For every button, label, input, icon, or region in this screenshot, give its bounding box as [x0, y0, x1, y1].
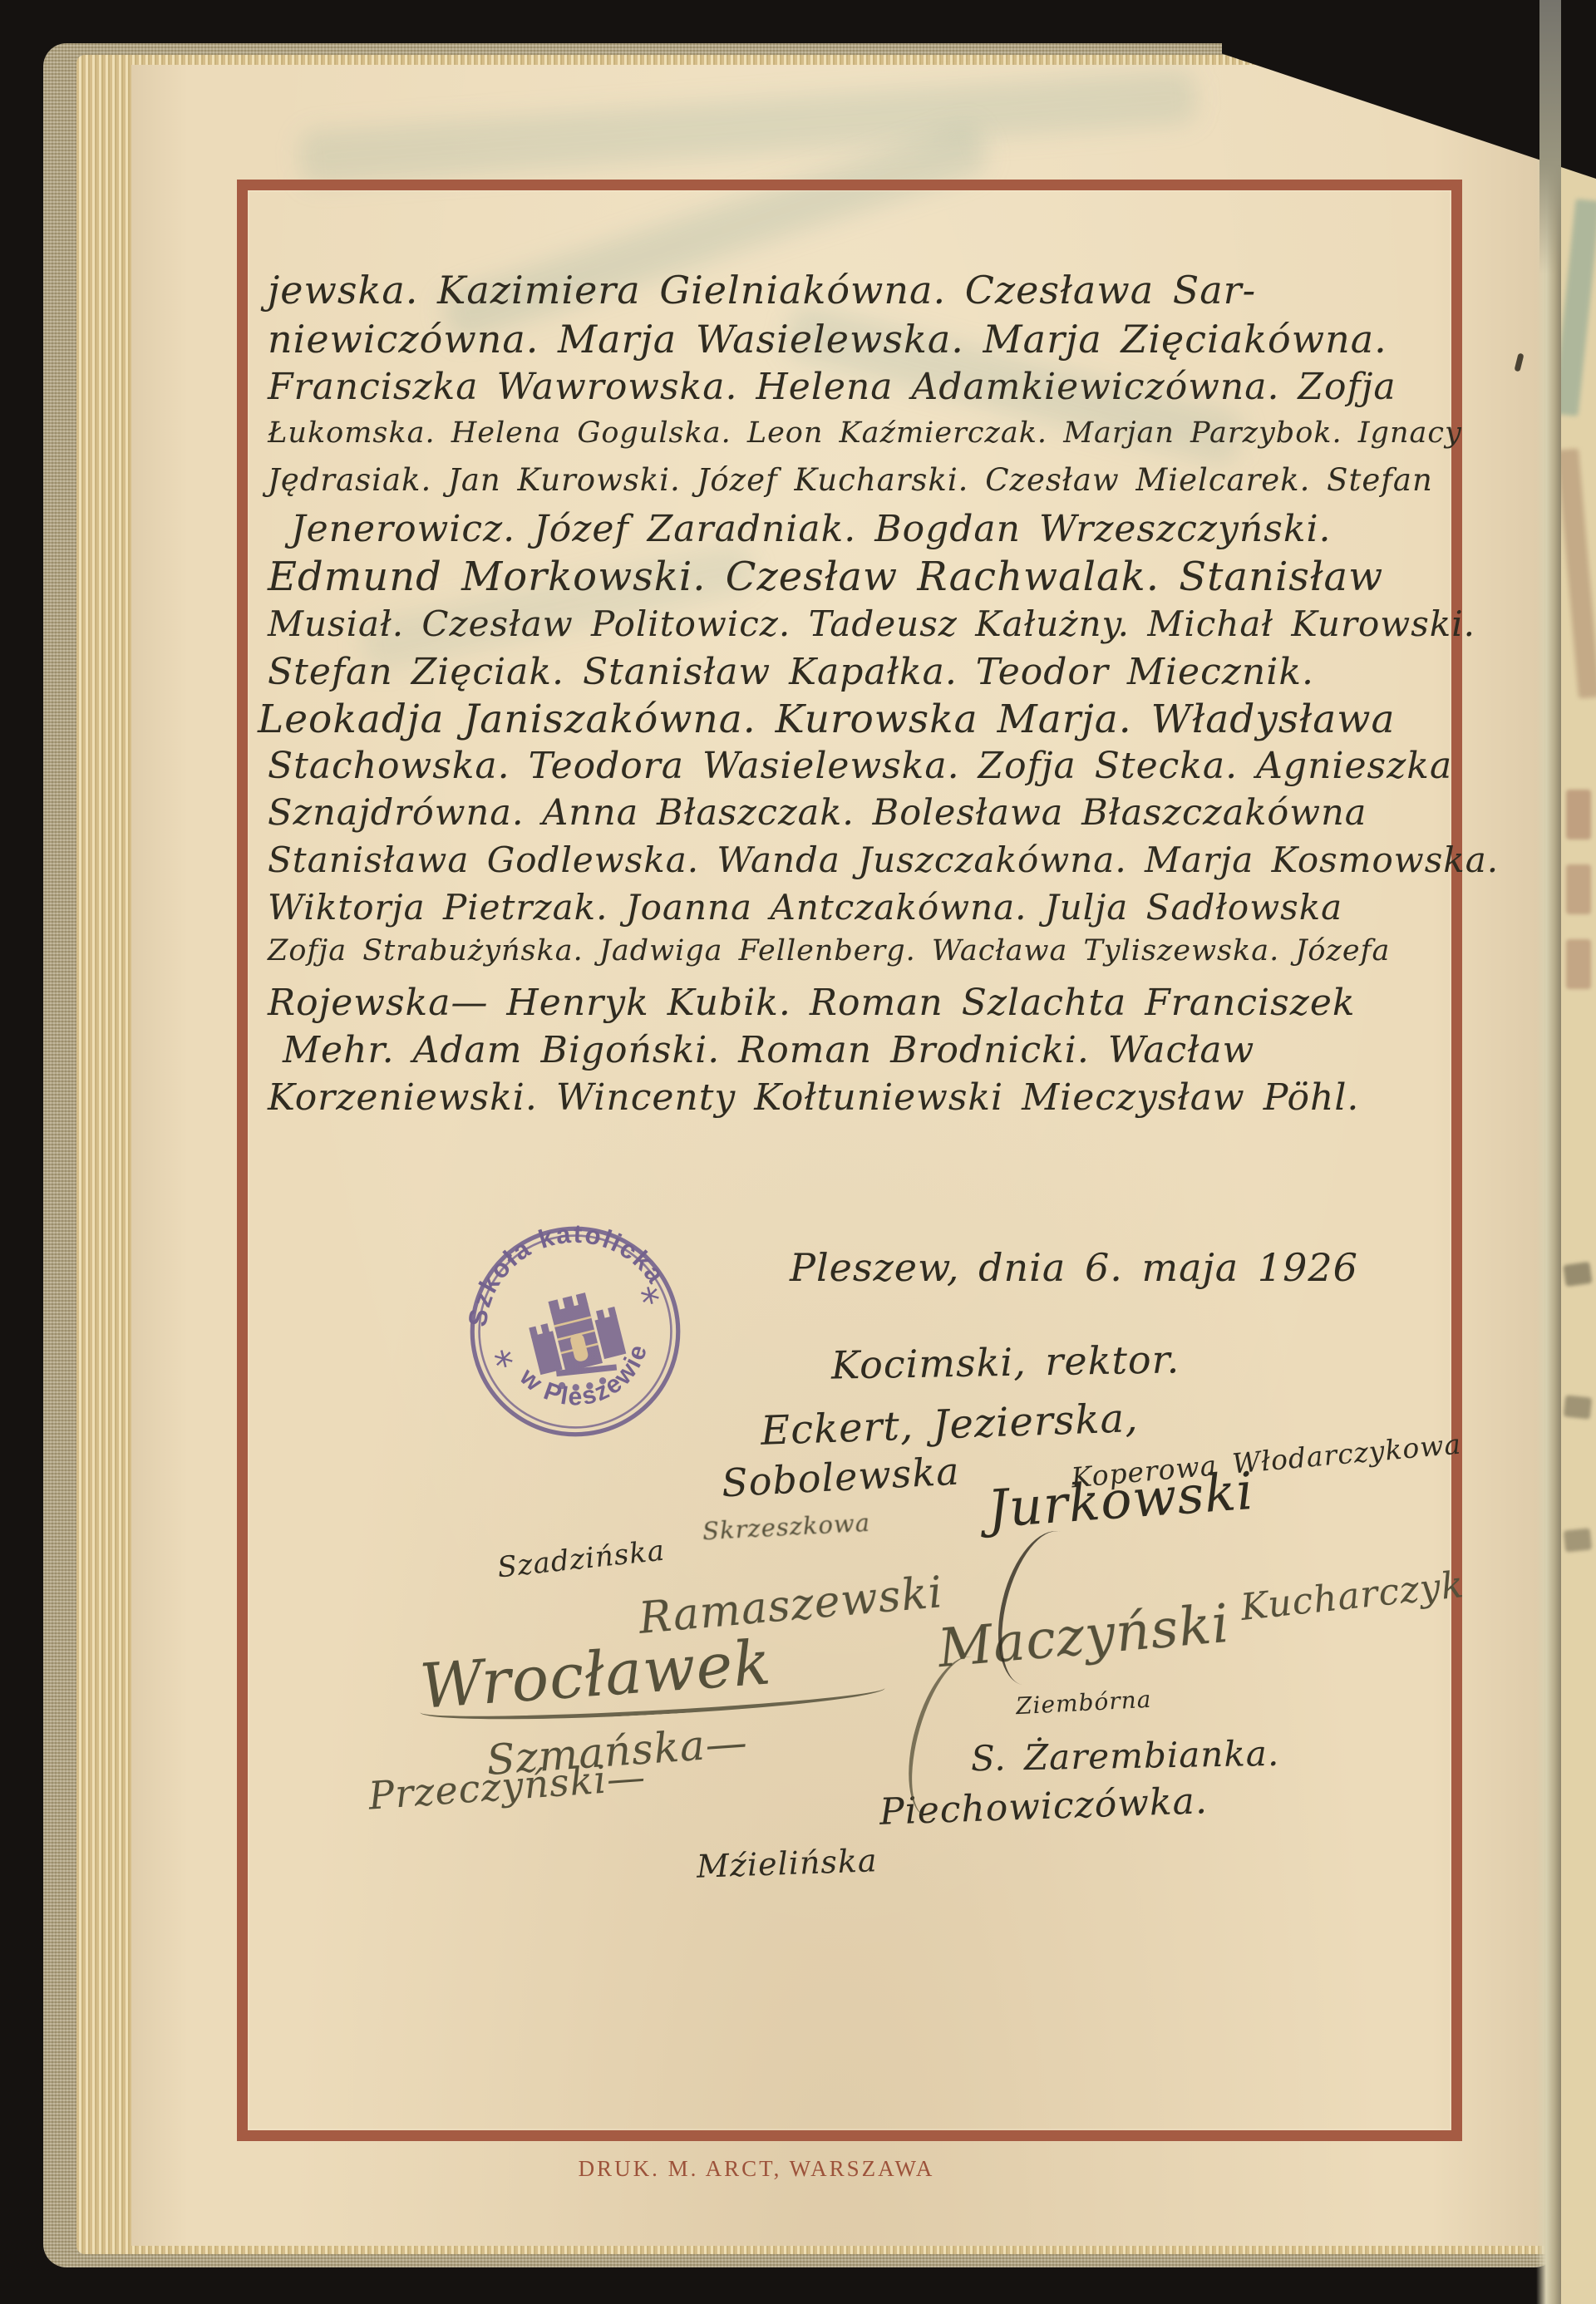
adjacent-print-block: [1566, 939, 1591, 989]
handwritten-line: Łukomska. Helena Gogulska. Leon Kaźmierc…: [268, 416, 1462, 450]
adjacent-print-block: [1566, 790, 1591, 839]
stamp-star-right-icon: *: [637, 1278, 666, 1326]
adjacent-page-sliver: [1559, 100, 1596, 2304]
handwritten-line: jewska. Kazimiera Gielniakówna. Czesława…: [268, 268, 1256, 313]
adjacent-handwriting-mark: [1564, 1395, 1593, 1419]
handwritten-line: Musiał. Czesław Politowicz. Tadeusz Kału…: [268, 603, 1475, 644]
adjacent-print-swirl: [1559, 448, 1596, 698]
handwritten-line: Jędrasiak. Jan Kurowski. Józef Kucharski…: [268, 462, 1433, 498]
signature: S. Żarembianka.: [971, 1733, 1280, 1779]
adjacent-handwriting-mark: [1563, 1262, 1592, 1287]
handwritten-line: Stanisława Godlewska. Wanda Juszczakówna…: [268, 839, 1499, 880]
adjacent-print-swirl: [1559, 199, 1596, 416]
handwritten-line: Franciszka Wawrowska. Helena Adamkiewicz…: [268, 366, 1396, 408]
handwritten-line: Sznajdrówna. Anna Błaszczak. Bolesława B…: [268, 792, 1367, 834]
dateline: Pleszew, dnia 6. maja 1926: [790, 1245, 1358, 1290]
handwritten-line: Stefan Zięciak. Stanisław Kapałka. Teodo…: [268, 651, 1314, 693]
handwritten-line: Rojewska— Henryk Kubik. Roman Szlachta F…: [268, 982, 1356, 1024]
signature: Mźielińska: [696, 1842, 878, 1885]
page-fold-highlight: [1536, 66, 1561, 2304]
adjacent-print-block: [1566, 864, 1591, 914]
handwritten-line: Wiktorja Pietrzak. Joanna Antczakówna. J…: [268, 887, 1342, 928]
handwritten-line: Leokadja Janiszakówna. Kurowska Marja. W…: [258, 697, 1396, 742]
signature: Kocimski, rektor.: [831, 1337, 1180, 1387]
handwritten-line: Edmund Morkowski. Czesław Rachwalak. Sta…: [268, 554, 1383, 600]
handwritten-line: Zofja Strabużyńska. Jadwiga Fellenberg. …: [268, 934, 1390, 967]
handwritten-line: Mehr. Adam Bigoński. Roman Brodnicki. Wa…: [283, 1029, 1254, 1071]
handwritten-line: Jenerowicz. Józef Zaradniak. Bogdan Wrze…: [291, 508, 1332, 550]
scanned-book-photo: { "page": { "handwritten_lines": [ "jews…: [0, 0, 1596, 2304]
handwritten-line: Korzeniewski. Wincenty Kołtuniewski Miec…: [268, 1076, 1359, 1119]
handwritten-line: niewiczówna. Marja Wasielewska. Marja Zi…: [268, 317, 1387, 362]
printer-imprint: DRUK. M. ARCT, WARSZAWA: [465, 2156, 1047, 2182]
adjacent-handwriting-mark: [1564, 1528, 1593, 1552]
handwritten-line: Stachowska. Teodora Wasielewska. Zofja S…: [268, 745, 1452, 787]
page-clip-band: [1539, 0, 1561, 274]
stamp-star-left-icon: *: [490, 1342, 520, 1389]
